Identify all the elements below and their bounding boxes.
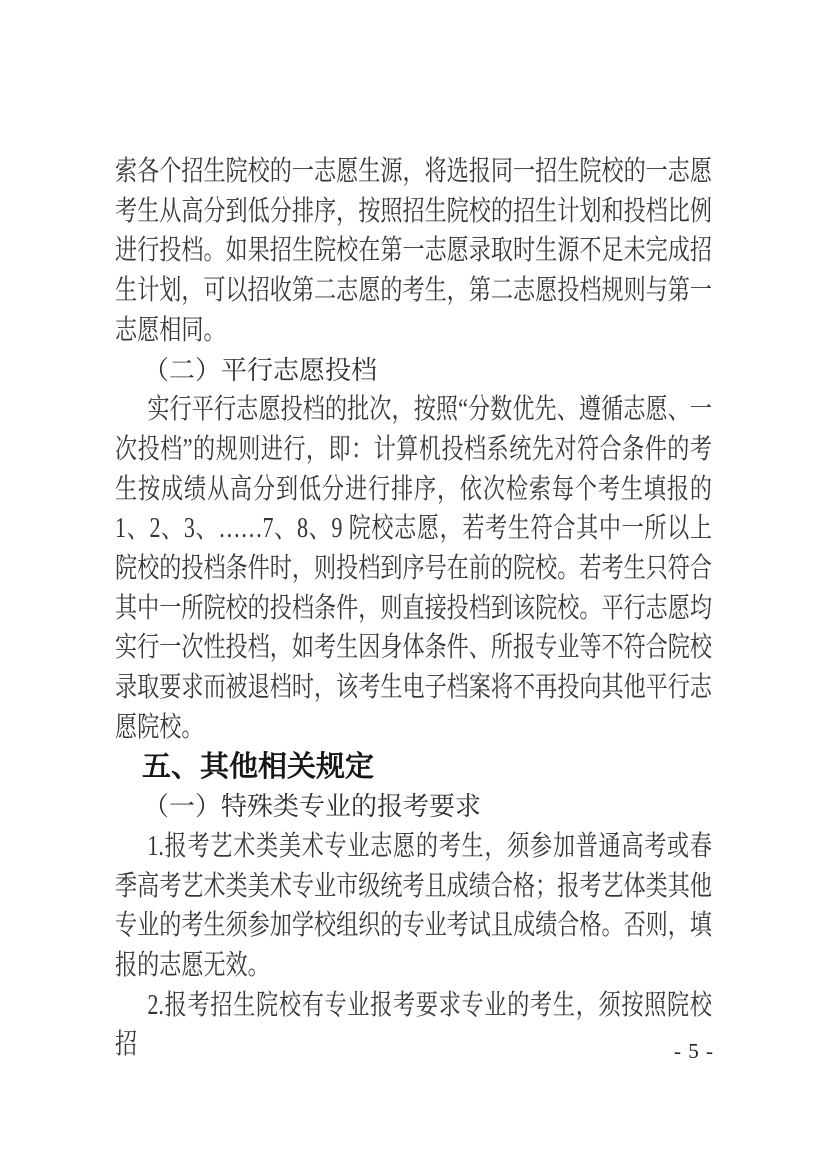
paragraph-parallel-voluntary-rules: 实行平行志愿投档的批次，按照“分数优先、遵循志愿、一次投档”的规则进行，即：计算… xyxy=(115,390,712,747)
page-number: - 5 - xyxy=(674,1039,714,1063)
page-content: 索各个招生院校的一志愿生源，将选报同一招生院校的一志愿考生从高分到低分排序，按照… xyxy=(115,152,714,1065)
section-heading-other-regulations: 五、其他相关规定 xyxy=(115,748,714,788)
paragraph-continuation: 索各个招生院校的一志愿生源，将选报同一招生院校的一志愿考生从高分到低分排序，按照… xyxy=(115,152,712,351)
paragraph-art-majors-requirement: 1.报考艺术类美术专业志愿的考生，须参加普通高考或春季高考艺术类美术专业市级统考… xyxy=(115,827,712,986)
subsection-heading-parallel-voluntary: （二）平行志愿投档 xyxy=(115,351,714,391)
paragraph-major-requirement-continued: 2.报考招生院校有专业报考要求专业的考生，须按照院校招 xyxy=(115,986,712,1065)
document-page: 索各个招生院校的一志愿生源，将选报同一招生院校的一志愿考生从高分到低分排序，按照… xyxy=(0,0,826,1169)
subsection-heading-special-majors: （一）特殊类专业的报考要求 xyxy=(115,787,714,827)
